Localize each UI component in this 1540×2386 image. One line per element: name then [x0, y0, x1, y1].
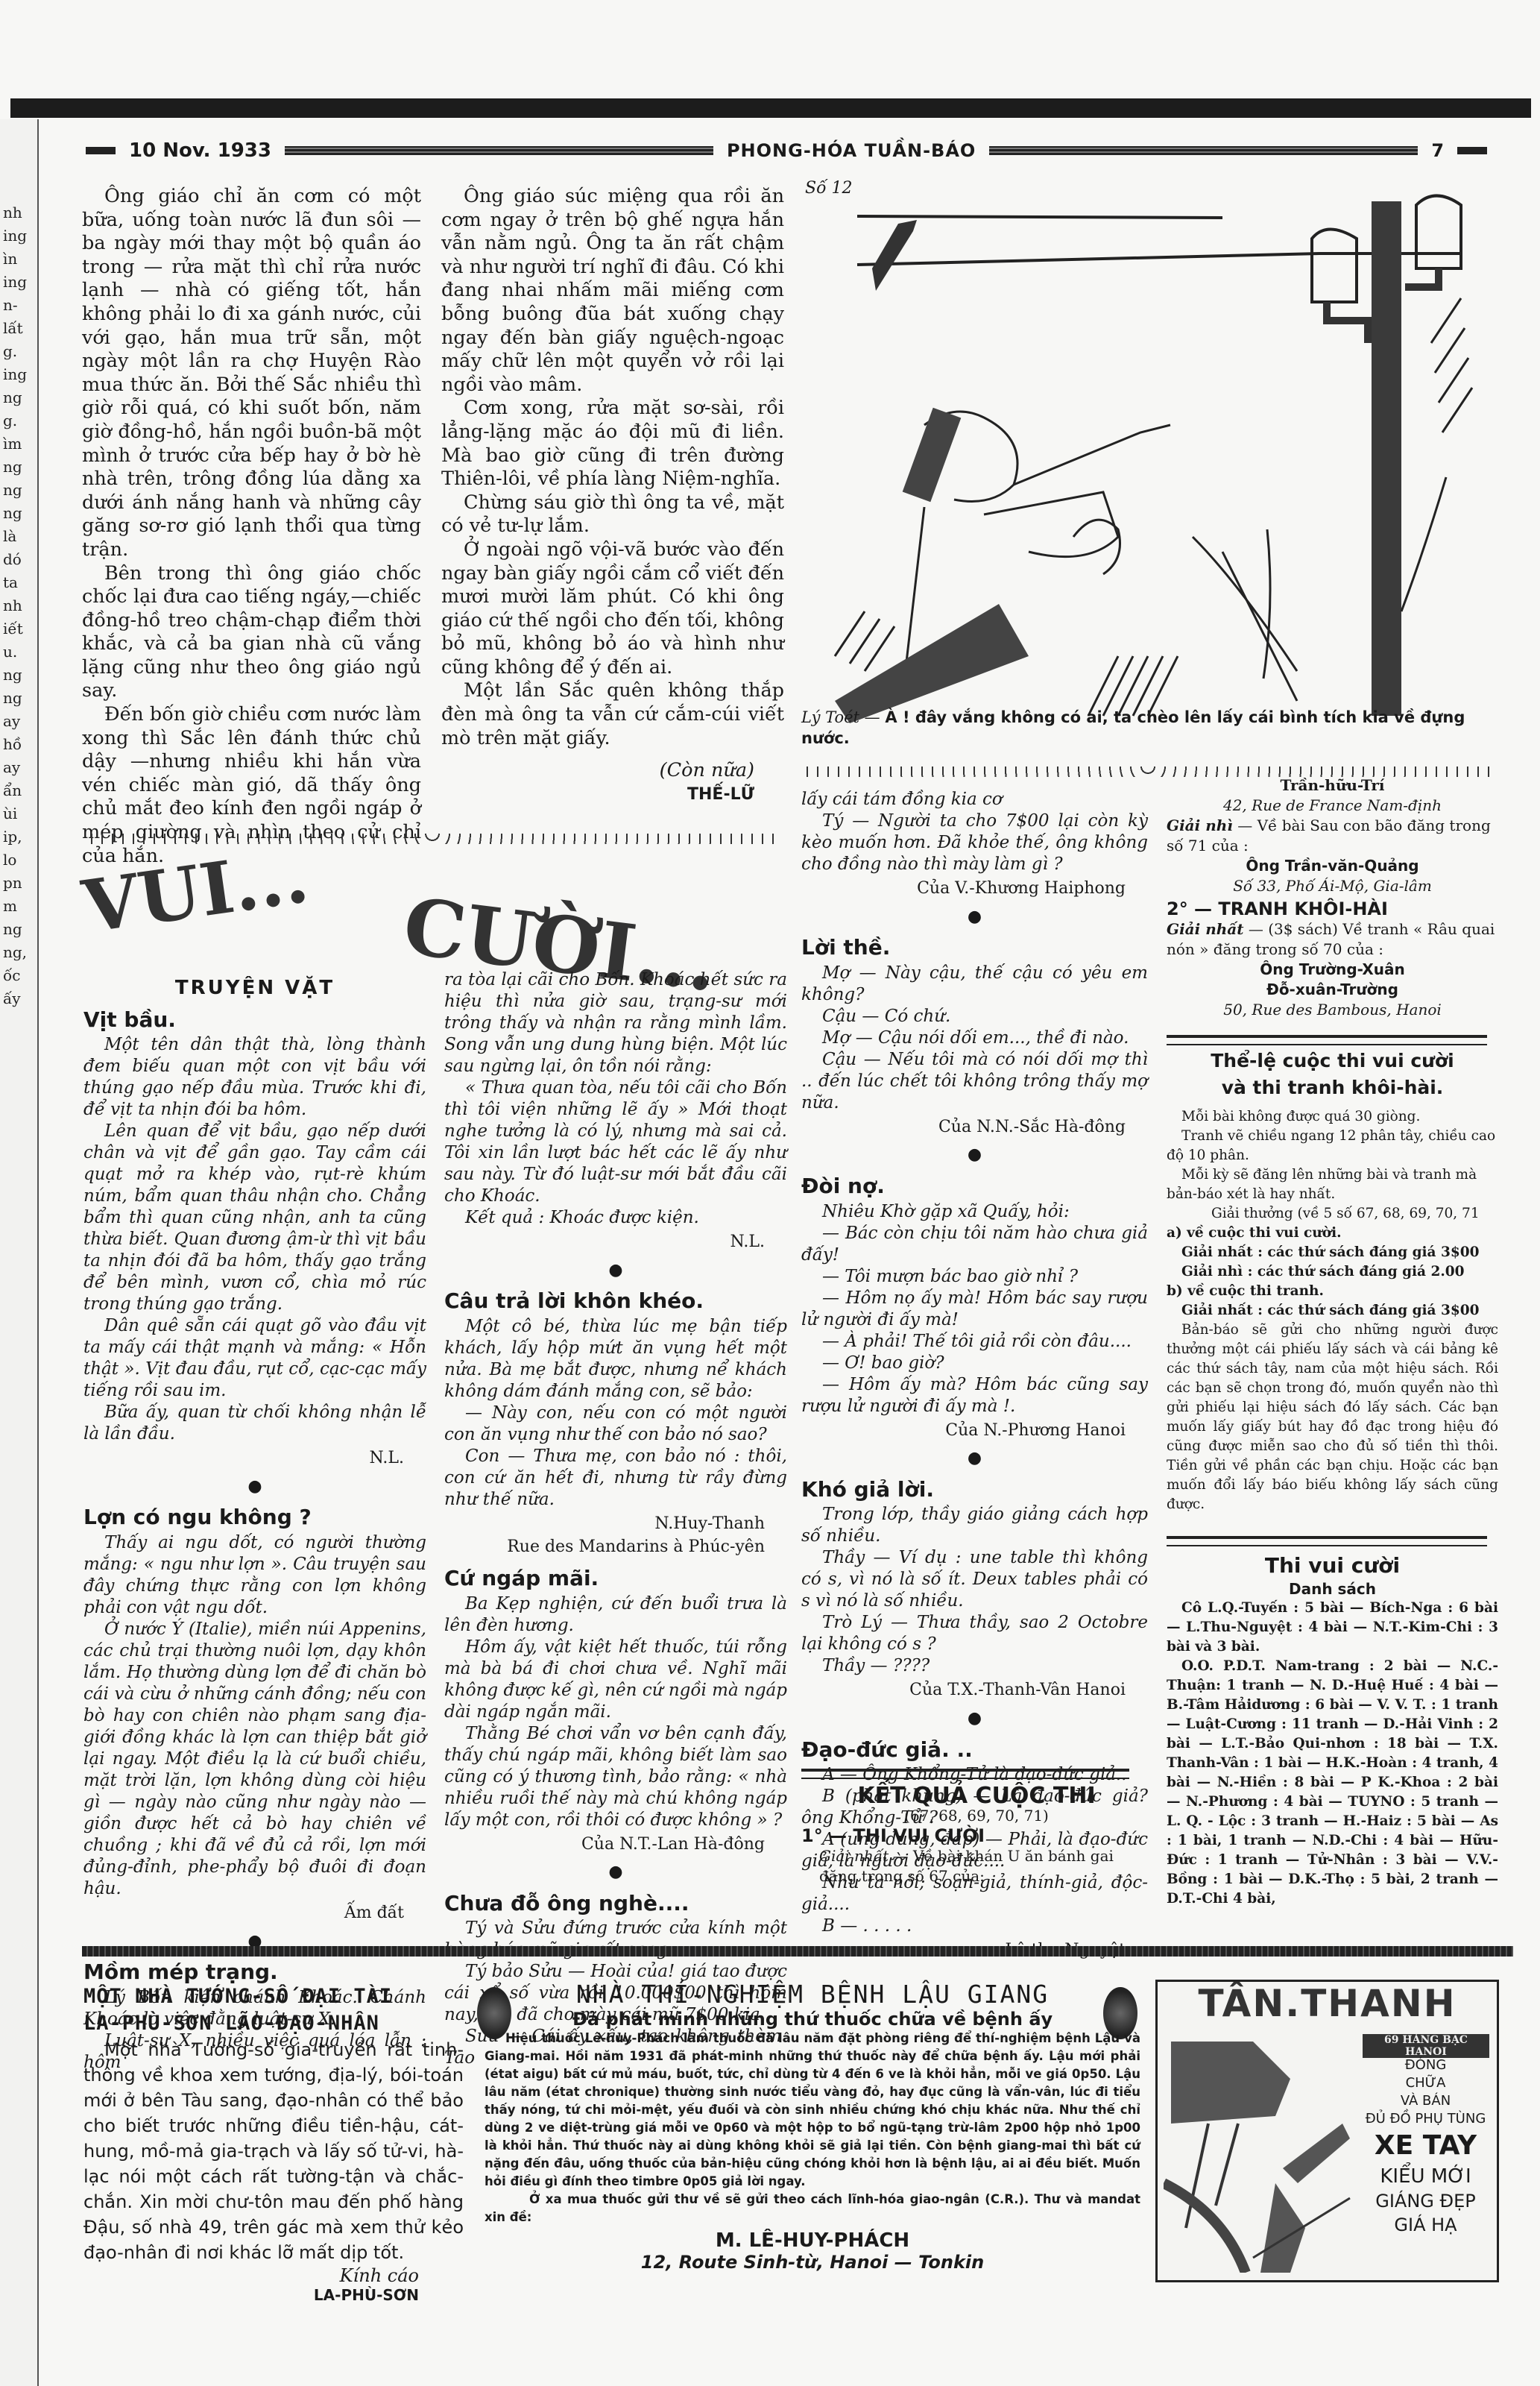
results-title: KẾT QUẢ CUỘC THI [801, 1786, 1152, 1806]
article-author: N.L. [83, 1447, 404, 1470]
article-body: Ba Kẹp nghiện, cứ đến buổi trưa là lên đ… [444, 1593, 787, 1831]
article-title: Đòi nợ. [801, 1174, 1148, 1198]
results-issues: (67, 68, 69, 70, 71) [801, 1806, 1152, 1826]
contest-results-cont: Trần-hữu-Trí 42, Rue de France Nam-định … [1167, 775, 1498, 1020]
article-paragraph: Thấy ai ngu dốt, có người thường mắng: «… [83, 1532, 426, 1619]
winner-address: 50, Rue des Bambous, Hanoi [1167, 1000, 1498, 1020]
adjacent-page-fragment: ìn [3, 248, 17, 271]
article-paragraph: Một tên dân thật thà, lòng thành đem biế… [83, 1034, 426, 1121]
article-title: Đạo-đức giả. .. [801, 1738, 1148, 1762]
story-paragraph: Một lần Sắc quên không thắp đèn mà ông t… [441, 679, 784, 750]
adjacent-page-fragment: pn [3, 872, 22, 895]
article-paragraph: Dân quê sẵn cái quạt gõ vào đầu vịt ta m… [83, 1315, 426, 1402]
results-section-2: 2° — TRANH KHÔI-HÀI [1167, 899, 1498, 919]
article-title: Mồm mép trạng. [83, 1960, 426, 1984]
story-column-2: Ông giáo súc miệng qua rồi ăn cơm ngay ở… [441, 185, 784, 806]
article-paragraph: Cậu — Nếu tôi mà có nói dối mợ thì .. đế… [801, 1049, 1148, 1114]
adjacent-page-fragment: ing [3, 224, 27, 248]
article-paragraph: — À phải! Thế tôi giả rồi còn đâu.... [801, 1331, 1148, 1353]
adjacent-page-fragment: là [3, 525, 16, 548]
article-paragraph: Kết quả : Khoác được kiện. [444, 1207, 787, 1229]
ornament-dot: ● [801, 1447, 1148, 1470]
article-paragraph: — Hôm nọ ấy mà! Hôm bác say rượu lử ngườ… [801, 1288, 1148, 1331]
adjacent-page-fragment: ng [3, 386, 22, 409]
article-body: Thấy ai ngu dốt, có người thường mắng: «… [83, 1532, 426, 1900]
article-paragraph: — Hôm ấy mà? Hôm bác cũng say rượu lử ng… [801, 1374, 1148, 1417]
continued-note: (Còn nữa) [441, 759, 754, 783]
entries-list: Thi vui cười Danh sách Cô L.Q.-Tuyến : 5… [1167, 1552, 1498, 1909]
story-column-1: Ông giáo chỉ ăn cơm có một bữa, uống toà… [82, 185, 421, 868]
adjacent-page-fragment: ng [3, 687, 22, 710]
article-body: Một cô bé, thừa lúc mẹ bận tiếp khách, l… [444, 1316, 787, 1511]
article-paragraph: Con — Thưa mẹ, con bảo nó : thôi, con cứ… [444, 1446, 787, 1511]
prize-label: Giải nhất [1167, 920, 1243, 938]
cartoon-caption: Lý Toét — À ! đây vắng không có ai, ta c… [801, 707, 1502, 749]
article-paragraph: ra tòa lại cãi cho Bốn. Khoác hết sức ra… [444, 969, 787, 1077]
adjacent-page-fragment: ng [3, 502, 22, 525]
humor-column-1: TRUYỆN VẶT Vịt bầu. Một tên dân thật thà… [83, 977, 426, 2074]
rickshaw-illustration [1164, 2034, 1357, 2273]
adjacent-page-fragment: m [3, 895, 17, 918]
rules-paragraph: Tranh vẽ chiều ngang 12 phân tây, chiều … [1167, 1127, 1498, 1165]
article-paragraph: Thầy — Ví dụ : une table thì không có s,… [801, 1547, 1148, 1612]
ornament-dot: ● [801, 1707, 1148, 1731]
article-title: Câu trả lời khôn khéo. [444, 1289, 787, 1313]
header-rule [285, 146, 713, 155]
article-author: Của V.-Khương Haiphong [801, 877, 1126, 901]
caption-speaker: Lý Toét — [801, 708, 880, 726]
ad-address: 12, Route Sinh-từ, Hanoi — Tonkin [485, 2252, 1140, 2273]
article-title: Lợn có ngu không ? [83, 1505, 426, 1529]
ad-line: ĐỦ ĐỒ PHỤ TÙNG [1360, 2110, 1491, 2128]
ad-title: LA-PHÙ-SƠN LÃO-ĐẠO-NHÂN [83, 2010, 464, 2037]
story-paragraph: Ở ngoài ngõ vội-vã bước vào đến ngay bàn… [441, 538, 784, 680]
tan-thanh-ad: TÂN.THANH 69 HÀNG BẠC HANOI ĐÓNG CHỮA VÀ… [1155, 1980, 1499, 2282]
article-author: Của N.N.-Sắc Hà-đông [801, 1115, 1126, 1139]
contest-rules: Thể-lệ cuộc thi vui cười và thi tranh kh… [1167, 1048, 1498, 1514]
humor-column-2: ra tòa lại cãi cho Bốn. Khoác hết sức ra… [444, 969, 787, 2069]
ornament-dot: ● [801, 1143, 1148, 1167]
article-body: Một tên dân thật thà, lòng thành đem biế… [83, 1034, 426, 1445]
adjacent-page-fragment: g. [3, 409, 17, 432]
ad-line: ĐÓNG [1360, 2056, 1491, 2074]
adjacent-page-fragment: nh [3, 201, 22, 224]
article-paragraph: — Bác còn chịu tôi năm hào chưa giả đấy! [801, 1223, 1148, 1266]
ad-sign: Kính cáo [83, 2265, 419, 2286]
article-body: lấy cái tám đồng kia cơ Tý — Người ta ch… [801, 789, 1148, 875]
section-rule [1167, 1035, 1487, 1045]
article-paragraph: Thằng Bé chơi vẩn vơ bên cạnh đấy, thấy … [444, 1723, 787, 1831]
adjacent-page-fragment: ìm [3, 432, 22, 456]
adjacent-page-fragment: ing [3, 271, 27, 294]
ad-lines: ĐÓNG CHỮA VÀ BÁN ĐỦ ĐỒ PHỤ TÙNG XE TAY K… [1360, 2056, 1491, 2237]
article-paragraph: Ba Kẹp nghiện, cứ đến buổi trưa là lên đ… [444, 1593, 787, 1637]
story-paragraph: Ông giáo súc miệng qua rồi ăn cơm ngay ở… [441, 185, 784, 397]
adjacent-page-fragment: ip, [3, 825, 22, 849]
rules-paragraph: Mỗi bài không được quá 30 giòng. [1167, 1107, 1498, 1127]
article-author: Của N.T.-Lan Hà-đông [444, 1833, 765, 1857]
adjacent-page-fragment: ta [3, 571, 18, 594]
article-paragraph: — Ơ! bao giờ? [801, 1353, 1148, 1374]
story-paragraph: Ông giáo chỉ ăn cơm có một bữa, uống toà… [82, 185, 421, 562]
ornament-dot: ● [801, 905, 1148, 929]
article-paragraph: Nhiêu Khờ gặp xã Quấy, hỏi: [801, 1201, 1148, 1223]
ly-toet-cartoon [805, 179, 1506, 738]
adjacent-page-fragment: n- [3, 294, 18, 317]
rules-paragraph: Mỗi kỳ sẽ đăng lên những bài và tranh mà… [1167, 1165, 1498, 1204]
article-paragraph: Tý — Người ta cho 7$00 lại còn kỳ kèo mu… [801, 810, 1148, 875]
adjacent-page-fragment: ay [3, 756, 20, 779]
adjacent-page-fragment: ng [3, 664, 22, 687]
adjacent-page-fragment: hồ [3, 733, 22, 756]
ad-line: GIÁNG ĐẸP [1360, 2189, 1491, 2213]
article-paragraph: Thầy — ???? [801, 1655, 1148, 1677]
rules-title: Thể-lệ cuộc thi vui cười [1167, 1048, 1498, 1074]
rules-prize: Giải nhất : các thứ sách đáng giá 3$00 [1167, 1301, 1498, 1321]
article-paragraph: Trò Lý — Thưa thầy, sao 2 Octobre lại kh… [801, 1612, 1148, 1655]
crow-icon [872, 220, 917, 291]
story-paragraph: Cơm xong, rửa mặt sơ-sài, rồi lẳng-lặng … [441, 397, 784, 491]
entries-paragraph: O.O. P.D.T. Nam-trang : 2 bài — N.C.-Thu… [1167, 1657, 1498, 1909]
article-title: Chưa đỗ ông nghè.... [444, 1892, 787, 1916]
contest-results: KẾT QUẢ CUỘC THI (67, 68, 69, 70, 71) 1°… [801, 1786, 1152, 1886]
article-body: Nhiêu Khờ gặp xã Quấy, hỏi: — Bác còn ch… [801, 1201, 1148, 1417]
fortune-teller-ad: MỘT NHÀ TƯỚNG-SỐ ĐẠI TÀI LA-PHÙ-SƠN LÃO-… [83, 1983, 464, 2304]
ad-line: CHỮA [1360, 2074, 1491, 2092]
section-rule [1167, 1536, 1487, 1546]
article-paragraph: lấy cái tám đồng kia cơ [801, 789, 1148, 810]
ad-address: 69 HÀNG BẠC HANOI [1363, 2034, 1489, 2058]
rules-subsection: a) về cuộc thi vui cười. [1167, 1224, 1498, 1243]
ad-line: KIỂU MỚI [1360, 2164, 1491, 2189]
winner-name: Đỗ-xuân-Trường [1167, 980, 1498, 1000]
entries-title: Thi vui cười [1167, 1552, 1498, 1579]
story-paragraph: Chừng sáu giờ thì ông ta về, mặt có vẻ t… [441, 491, 784, 538]
ornament-dot: ● [444, 1860, 787, 1884]
ad-line: XE TAY [1360, 2128, 1491, 2164]
winner-name: Ông Trần-văn-Quảng [1167, 856, 1498, 876]
newspaper-page: nhingìningn-lấtg.ingngg.ìmngngnglàdótanh… [0, 0, 1540, 2386]
article-paragraph: Lên quan để vịt bầu, gạo nếp dưới chân v… [83, 1121, 426, 1315]
adjacent-page-fragment: ng [3, 456, 22, 479]
adjacent-page-fragment: g. [3, 340, 17, 363]
ad-title: NHÀ THÍ-NGHIỆM BỆNH LẬU GIANG [485, 1980, 1140, 2009]
article-paragraph: Mợ — Này cậu, thế cậu có yêu em không? [801, 963, 1148, 1006]
article-title: Cứ ngáp mãi. [444, 1567, 787, 1590]
ornament-dot: ● [83, 1475, 426, 1499]
adjacent-page-fragment: ay [3, 710, 20, 733]
ad-title: MỘT NHÀ TƯỚNG-SỐ ĐẠI TÀI [83, 1983, 464, 2010]
winner-name: Ông Trường-Xuân [1167, 960, 1498, 980]
ad-subtitle: Đã phát minh những thứ thuốc chữa về bện… [485, 2009, 1140, 2030]
article-title: Vịt bầu. [83, 1008, 426, 1032]
winner-address: 42, Rue de France Nam-định [1167, 796, 1498, 816]
prize-label: Giải nhì [1167, 816, 1233, 834]
rules-subsection: b) về cuộc thi tranh. [1167, 1282, 1498, 1301]
entries-paragraph: Cô L.Q.-Tuyến : 5 bài — Bích-Nga : 6 bài… [1167, 1599, 1498, 1657]
rules-prize-header: Giải thưởng (về 5 số 67, 68, 69, 70, 71 [1167, 1204, 1498, 1224]
caption-text: À ! đây vắng không có ai, ta chèo lên lấ… [801, 708, 1465, 747]
article-paragraph: « Thưa quan tòa, nếu tôi cãi cho Bốn thì… [444, 1077, 787, 1207]
article-author: Ấm đất [83, 1901, 404, 1925]
entries-subtitle: Danh sách [1167, 1579, 1498, 1599]
article-body: ra tòa lại cãi cho Bốn. Khoác hết sức ra… [444, 969, 787, 1229]
article-paragraph: Mợ — Cậu nói dối em..., thề đi nào. [801, 1027, 1148, 1049]
rules-prize: Giải nhất : các thứ sách đáng giá 3$00 [1167, 1243, 1498, 1262]
winner-name: Trần-hữu-Trí [1167, 775, 1498, 796]
ads-divider-band [82, 1946, 1513, 1957]
article-body: Mợ — Này cậu, thế cậu có yêu em không? C… [801, 963, 1148, 1114]
article-paragraph: Trong lớp, thầy giáo giảng cách hợp số n… [801, 1504, 1148, 1547]
adjacent-page-fragment: ing [3, 363, 27, 386]
ad-body: Ở xa mua thuốc gửi thư về sẽ gửi theo cá… [485, 2191, 1140, 2226]
article-title: Lời thề. [801, 936, 1148, 960]
results-section-1: 1° — THI VUI CƯỜI [801, 1826, 1152, 1846]
adjacent-page-fragment: ốc [3, 964, 20, 987]
adjacent-page-fragment: ẩn [3, 779, 22, 802]
article-paragraph: — Tôi mượn bác bao giờ nhỉ ? [801, 1266, 1148, 1288]
story-author: THẾ-LỮ [441, 783, 754, 807]
section-subtitle: TRUYỆN VẶT [83, 977, 426, 1001]
wavy-divider [82, 834, 783, 844]
adjacent-page-fragment: u. [3, 640, 17, 664]
rules-title: và thi tranh khôi-hài. [1167, 1074, 1498, 1101]
page-number: 7 [1431, 140, 1444, 161]
lab-ad: NHÀ THÍ-NGHIỆM BỆNH LẬU GIANG Đã phát mi… [485, 1980, 1140, 2273]
ad-body: Hiệu thuốc Lê-huy-Phách làm thuốc đã lâu… [485, 2030, 1140, 2191]
article-paragraph: B — . . . . . [801, 1916, 1148, 1937]
issue-date: 10 Nov. 1933 [129, 139, 271, 162]
article-author: Của T.X.-Thanh-Vân Hanoi [801, 1678, 1126, 1702]
ad-line: GIÁ HẠ [1360, 2213, 1491, 2237]
adjacent-page-fragment: ng [3, 479, 22, 502]
prize-label: Giải nhất [819, 1847, 889, 1865]
scan-top-band [10, 98, 1531, 118]
article-paragraph: — Này con, nếu con có một người con ăn v… [444, 1403, 787, 1446]
article-title: Khó giả lời. [801, 1478, 1148, 1502]
article-paragraph: Ở nước Ý (Italie), miền núi Appenins, cá… [83, 1619, 426, 1900]
article-author: Của N.-Phương Hanoi [801, 1419, 1126, 1443]
article-paragraph: Cậu — Có chứ. [801, 1006, 1148, 1027]
adjacent-page-fragment: nh [3, 594, 22, 617]
ad-body: Một nhà Tướng-số gia-truyền rất tinh-thô… [83, 2037, 464, 2265]
adjacent-page-fragment: iết [3, 617, 23, 640]
adjacent-page-fragment: ng, [3, 941, 27, 964]
section-rule [801, 1769, 1129, 1779]
rules-prize: Giải nhì : các thứ sách đáng giá 2.00 [1167, 1262, 1498, 1282]
ornament-dot: ● [444, 1259, 787, 1282]
page-header: 10 Nov. 1933 PHONG-HÓA TUẦN-BÁO 7 [86, 134, 1487, 167]
header-ornament [86, 147, 116, 154]
winner-address: Số 33, Phố Ái-Mộ, Gia-lâm [1167, 876, 1498, 896]
ad-sign-name: LA-PHÙ-SƠN [83, 2286, 419, 2304]
article-paragraph: Một cô bé, thừa lúc mẹ bận tiếp khách, l… [444, 1316, 787, 1403]
rules-paragraph: Bản-báo sẽ gửi cho những người được thưở… [1167, 1321, 1498, 1514]
ad-name: M. LÊ-HUY-PHÁCH [485, 2229, 1140, 2252]
article-author: N.L. [444, 1230, 765, 1254]
adjacent-page-fragment: dó [3, 548, 22, 571]
masthead: PHONG-HÓA TUẦN-BÁO [727, 140, 976, 161]
header-rule [989, 146, 1418, 155]
article-paragraph: Hôm ấy, vật kiệt hết thuốc, túi rỗng mà … [444, 1637, 787, 1723]
adjacent-page-fragment: lo [3, 849, 16, 872]
story-paragraph: Bên trong thì ông giáo chốc chốc lại đưa… [82, 562, 421, 704]
adjacent-page-fragment: lất [3, 317, 23, 340]
adjacent-page-fragment: ấy [3, 987, 21, 1010]
adjacent-page-fragment: ng [3, 918, 22, 941]
adjacent-page-strip: nhingìningn-lấtg.ingngg.ìmngngnglàdótanh… [0, 119, 39, 2386]
ad-brand: TÂN.THANH [1158, 1982, 1497, 2025]
ad-line: VÀ BÁN [1360, 2092, 1491, 2110]
article-body: Trong lớp, thầy giáo giảng cách hợp số n… [801, 1504, 1148, 1677]
article-paragraph: Bữa ấy, quan từ chối không nhận lễ là lầ… [83, 1402, 426, 1445]
adjacent-page-fragment: ùi [3, 802, 17, 825]
header-ornament [1457, 147, 1487, 154]
article-author: N.Huy-Thanh Rue des Mandarins à Phúc-yên [444, 1512, 765, 1559]
